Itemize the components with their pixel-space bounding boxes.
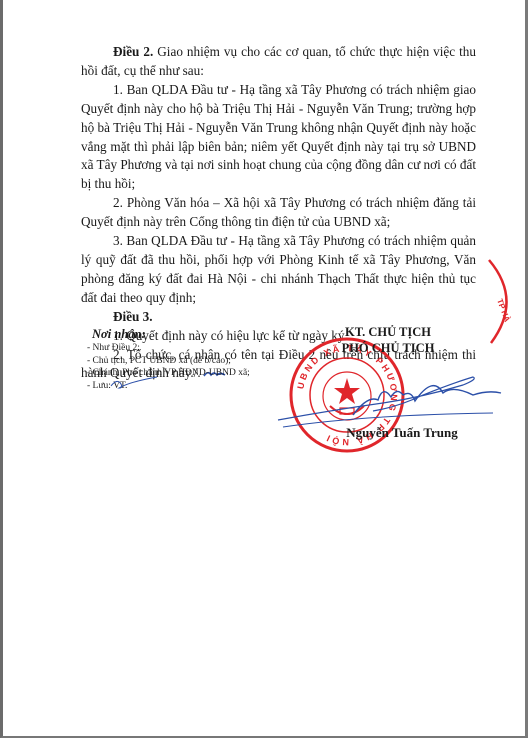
article-2-intro: Điều 2. Giao nhiệm vụ cho các cơ quan, t… xyxy=(81,43,476,81)
recipients-title: Nơi nhận: xyxy=(92,327,250,342)
recipient-item: - Chủ tịch, PCT UBND xã (để b/cáo); xyxy=(87,355,250,368)
document-page: Điều 2. Giao nhiệm vụ cho các cơ quan, t… xyxy=(0,0,528,738)
archive-scribble-icon xyxy=(109,376,159,390)
article-2-item-2: 2. Phòng Văn hóa – Xã hội xã Tây Phương … xyxy=(81,194,476,232)
signature-authority: KT. CHỦ TỊCH xyxy=(303,325,473,341)
recipients-block: Nơi nhận: - Như Điều 2; - Chủ tịch, PCT … xyxy=(87,327,250,392)
svg-text:TP HÀ: TP HÀ xyxy=(495,298,512,324)
signature-title: PHÓ CHỦ TỊCH xyxy=(303,341,473,357)
article-3-heading: Điều 3. xyxy=(81,308,476,327)
signature-block: KT. CHỦ TỊCH PHÓ CHỦ TỊCH xyxy=(303,325,473,356)
article-2-item-1: 1. Ban QLDA Đầu tư - Hạ tầng xã Tây Phươ… xyxy=(81,81,476,194)
article-2-heading: Điều 2. xyxy=(113,44,153,59)
article-2-item-3: 3. Ban QLDA Đầu tư - Hạ tầng xã Tây Phươ… xyxy=(81,232,476,308)
signer-name: Nguyễn Tuấn Trung xyxy=(317,425,487,441)
recipient-item: - Lưu: VT. xyxy=(87,380,250,393)
recipient-item: - Như Điều 2; xyxy=(87,342,250,355)
handwritten-signature-icon xyxy=(273,355,503,435)
margin-seal-fragment-icon: TP HÀ xyxy=(483,255,528,345)
